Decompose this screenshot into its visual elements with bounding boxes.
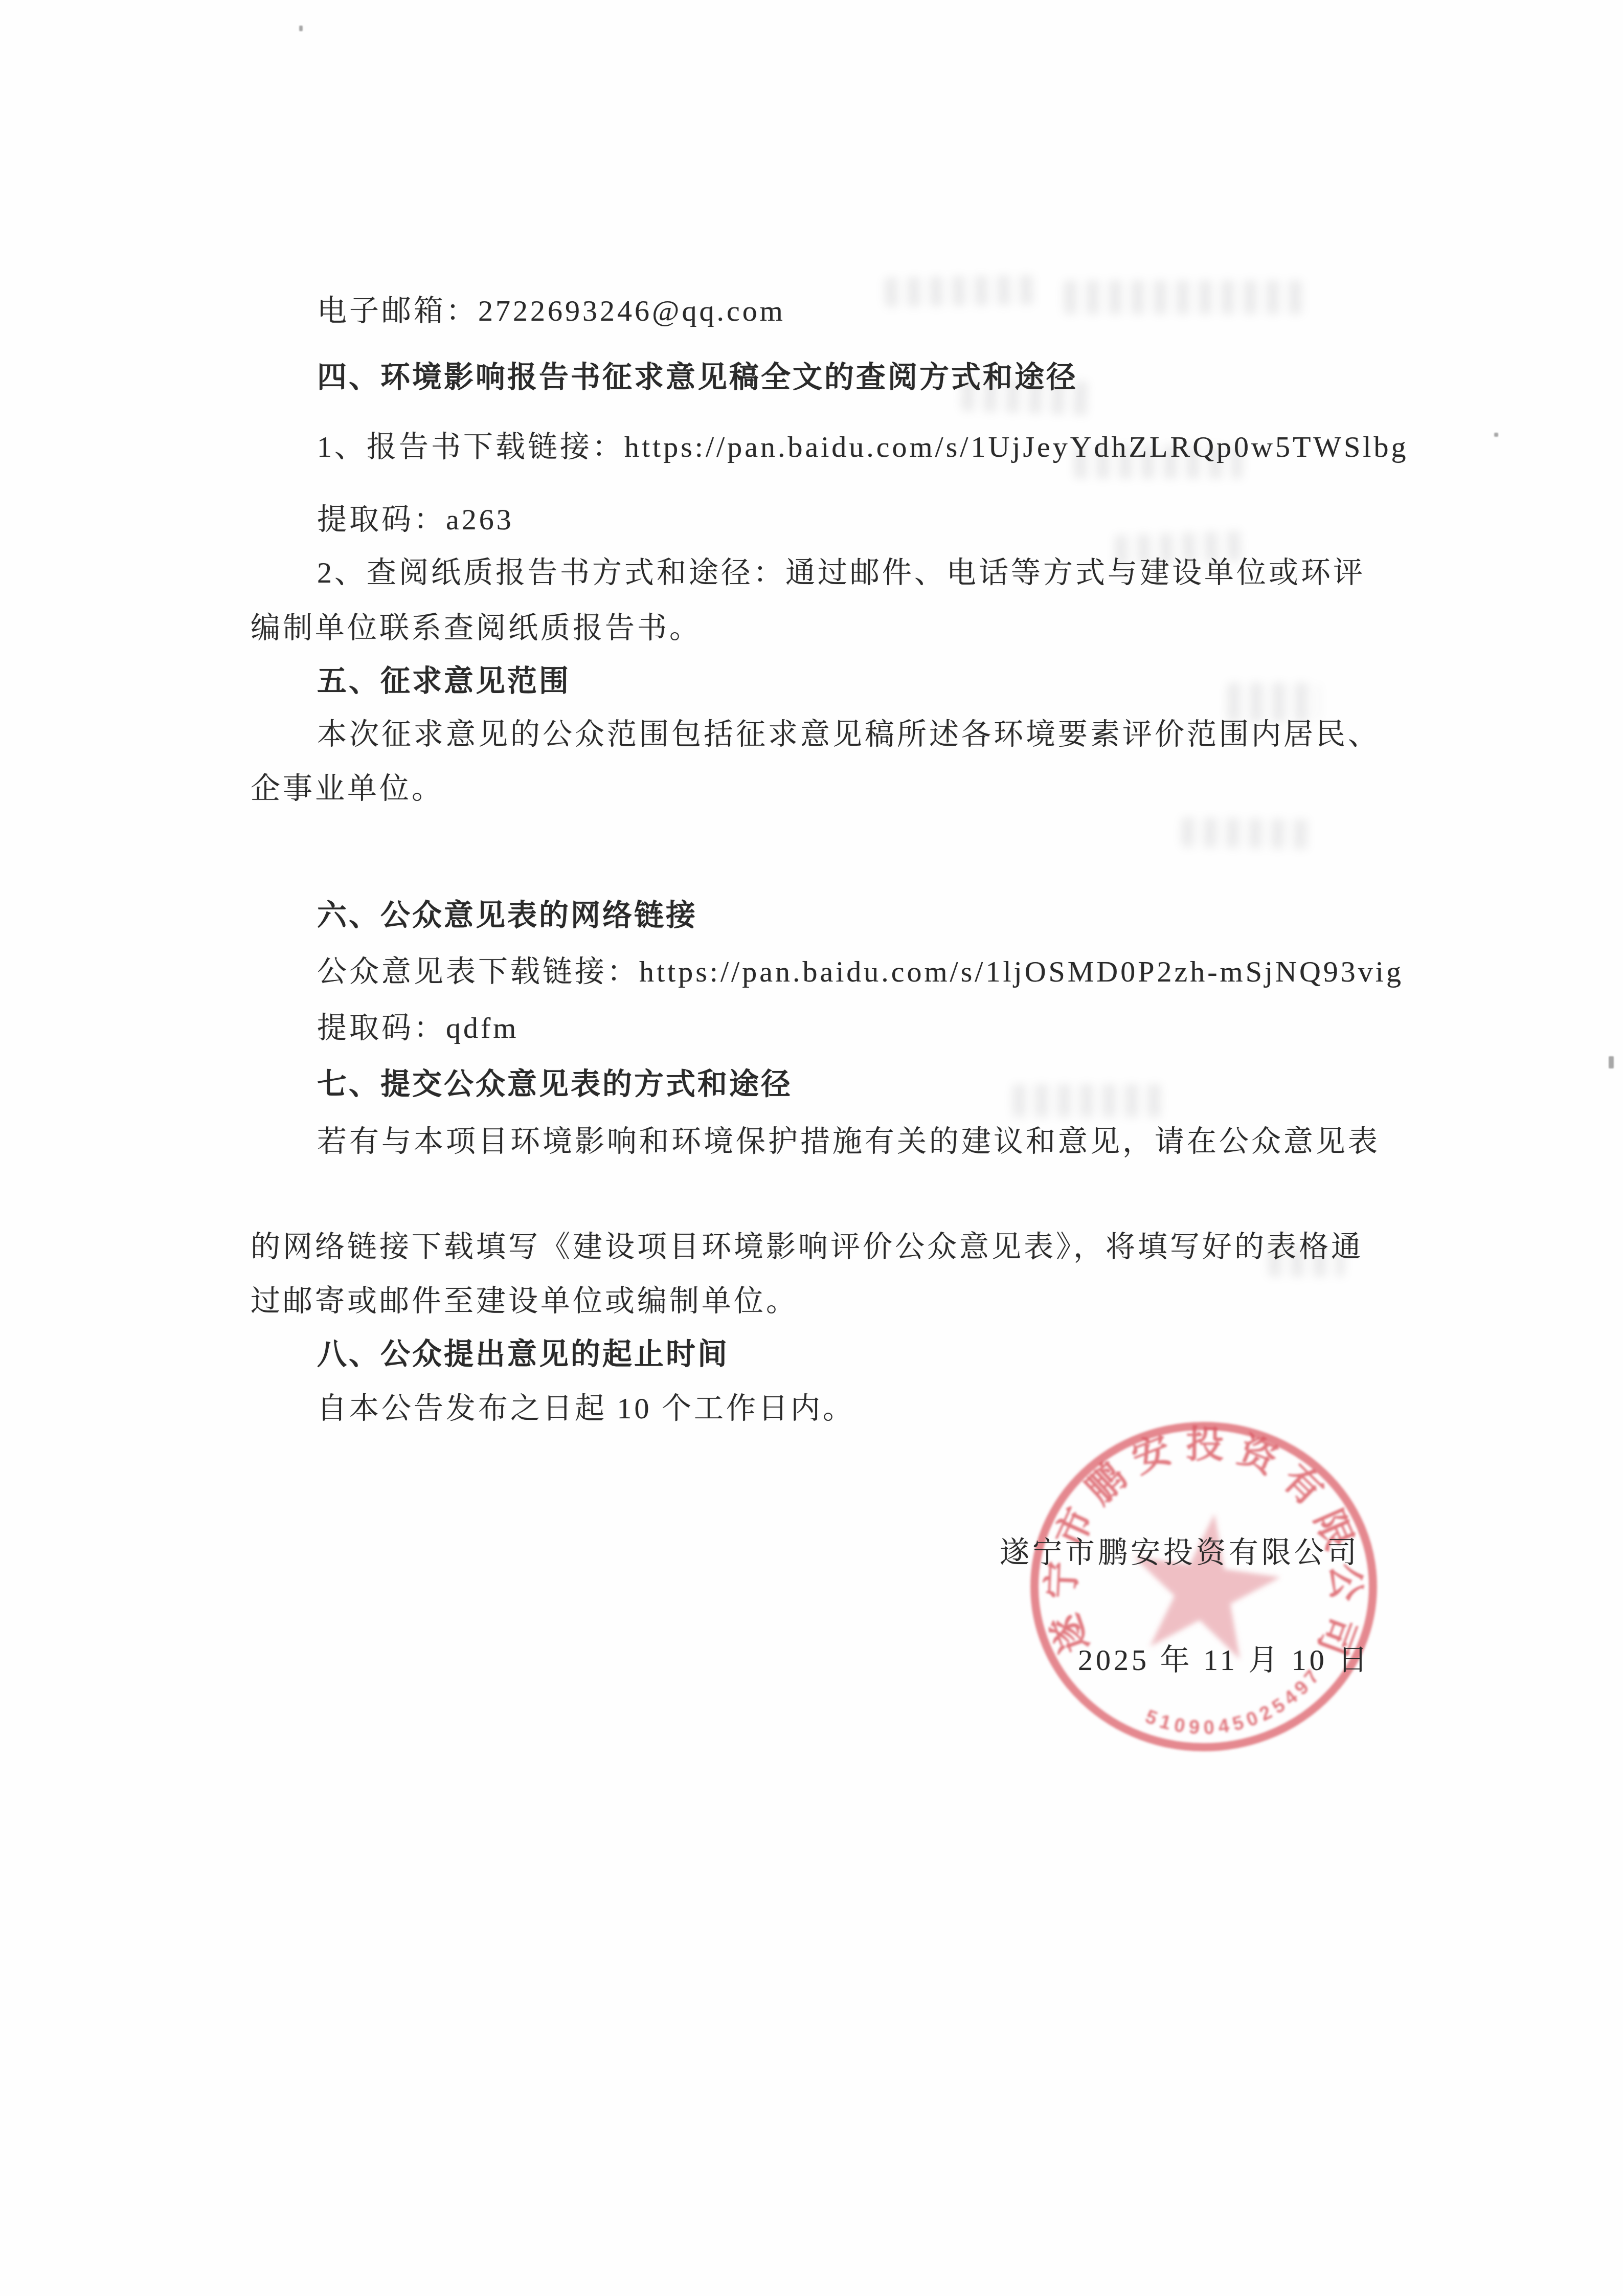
scanned-document-page: 电子邮箱：2722693246@qq.com 四、环境影响报告书征求意见稿全文的… [0, 0, 1623, 2296]
report-extract-code-line: 提取码：a263 [317, 495, 514, 538]
report-download-link-line: 1、报告书下载链接：https://pan.baidu.com/s/1UjJey… [317, 422, 1408, 465]
scan-speck [1609, 1056, 1614, 1068]
bleed-through-artifact [1012, 1084, 1166, 1117]
signature-date: 2025 年 11 月 10 日 [1078, 1636, 1370, 1679]
submit-line-3: 过邮寄或邮件至建设单位或编制单位。 [251, 1277, 798, 1320]
section-4-heading: 四、环境影响报告书征求意见稿全文的查阅方式和途径 [317, 353, 1078, 396]
scope-line-1: 本次征求意见的公众范围包括征求意见稿所述各环境要素评价范围内居民、 [317, 710, 1380, 753]
bleed-through-artifact [1181, 817, 1310, 849]
bleed-through-artifact [1064, 280, 1304, 314]
company-seal-graphic: 遂宁市鹏安投资有限公司 5109045025497 [1025, 1418, 1383, 1756]
scan-speck [1494, 433, 1498, 437]
section-7-heading: 七、提交公众意见表的方式和途径 [317, 1060, 793, 1103]
scope-line-2: 企事业单位。 [251, 764, 444, 807]
company-seal: 遂宁市鹏安投资有限公司 5109045025497 [1025, 1418, 1383, 1756]
section-5-heading: 五、征求意见范围 [317, 657, 571, 700]
section-6-heading: 六、公众意见表的网络链接 [317, 891, 697, 934]
section-8-heading: 八、公众提出意见的起止时间 [317, 1330, 729, 1373]
paper-report-line-2: 编制单位联系查阅纸质报告书。 [251, 604, 702, 647]
form-download-link-line: 公众意见表下载链接：https://pan.baidu.com/s/1ljOSM… [317, 947, 1404, 990]
scan-speck [299, 26, 303, 31]
submit-line-2: 的网络链接下载填写《建设项目环境影响评价公众意见表》，将填写好的表格通 [251, 1222, 1363, 1265]
bleed-through-artifact [885, 275, 1039, 307]
form-extract-code-line: 提取码：qdfm [317, 1004, 519, 1046]
email-line: 电子邮箱：2722693246@qq.com [317, 286, 785, 329]
paper-report-line-1: 2、查阅纸质报告书方式和途径：通过邮件、电话等方式与建设单位或环评 [317, 548, 1365, 591]
submit-line-1: 若有与本项目环境影响和环境保护措施有关的建议和意见，请在公众意见表 [317, 1117, 1380, 1160]
deadline-line: 自本公告发布之日起 10 个工作日内。 [317, 1384, 855, 1427]
company-signature: 遂宁市鹏安投资有限公司 [1000, 1528, 1360, 1571]
